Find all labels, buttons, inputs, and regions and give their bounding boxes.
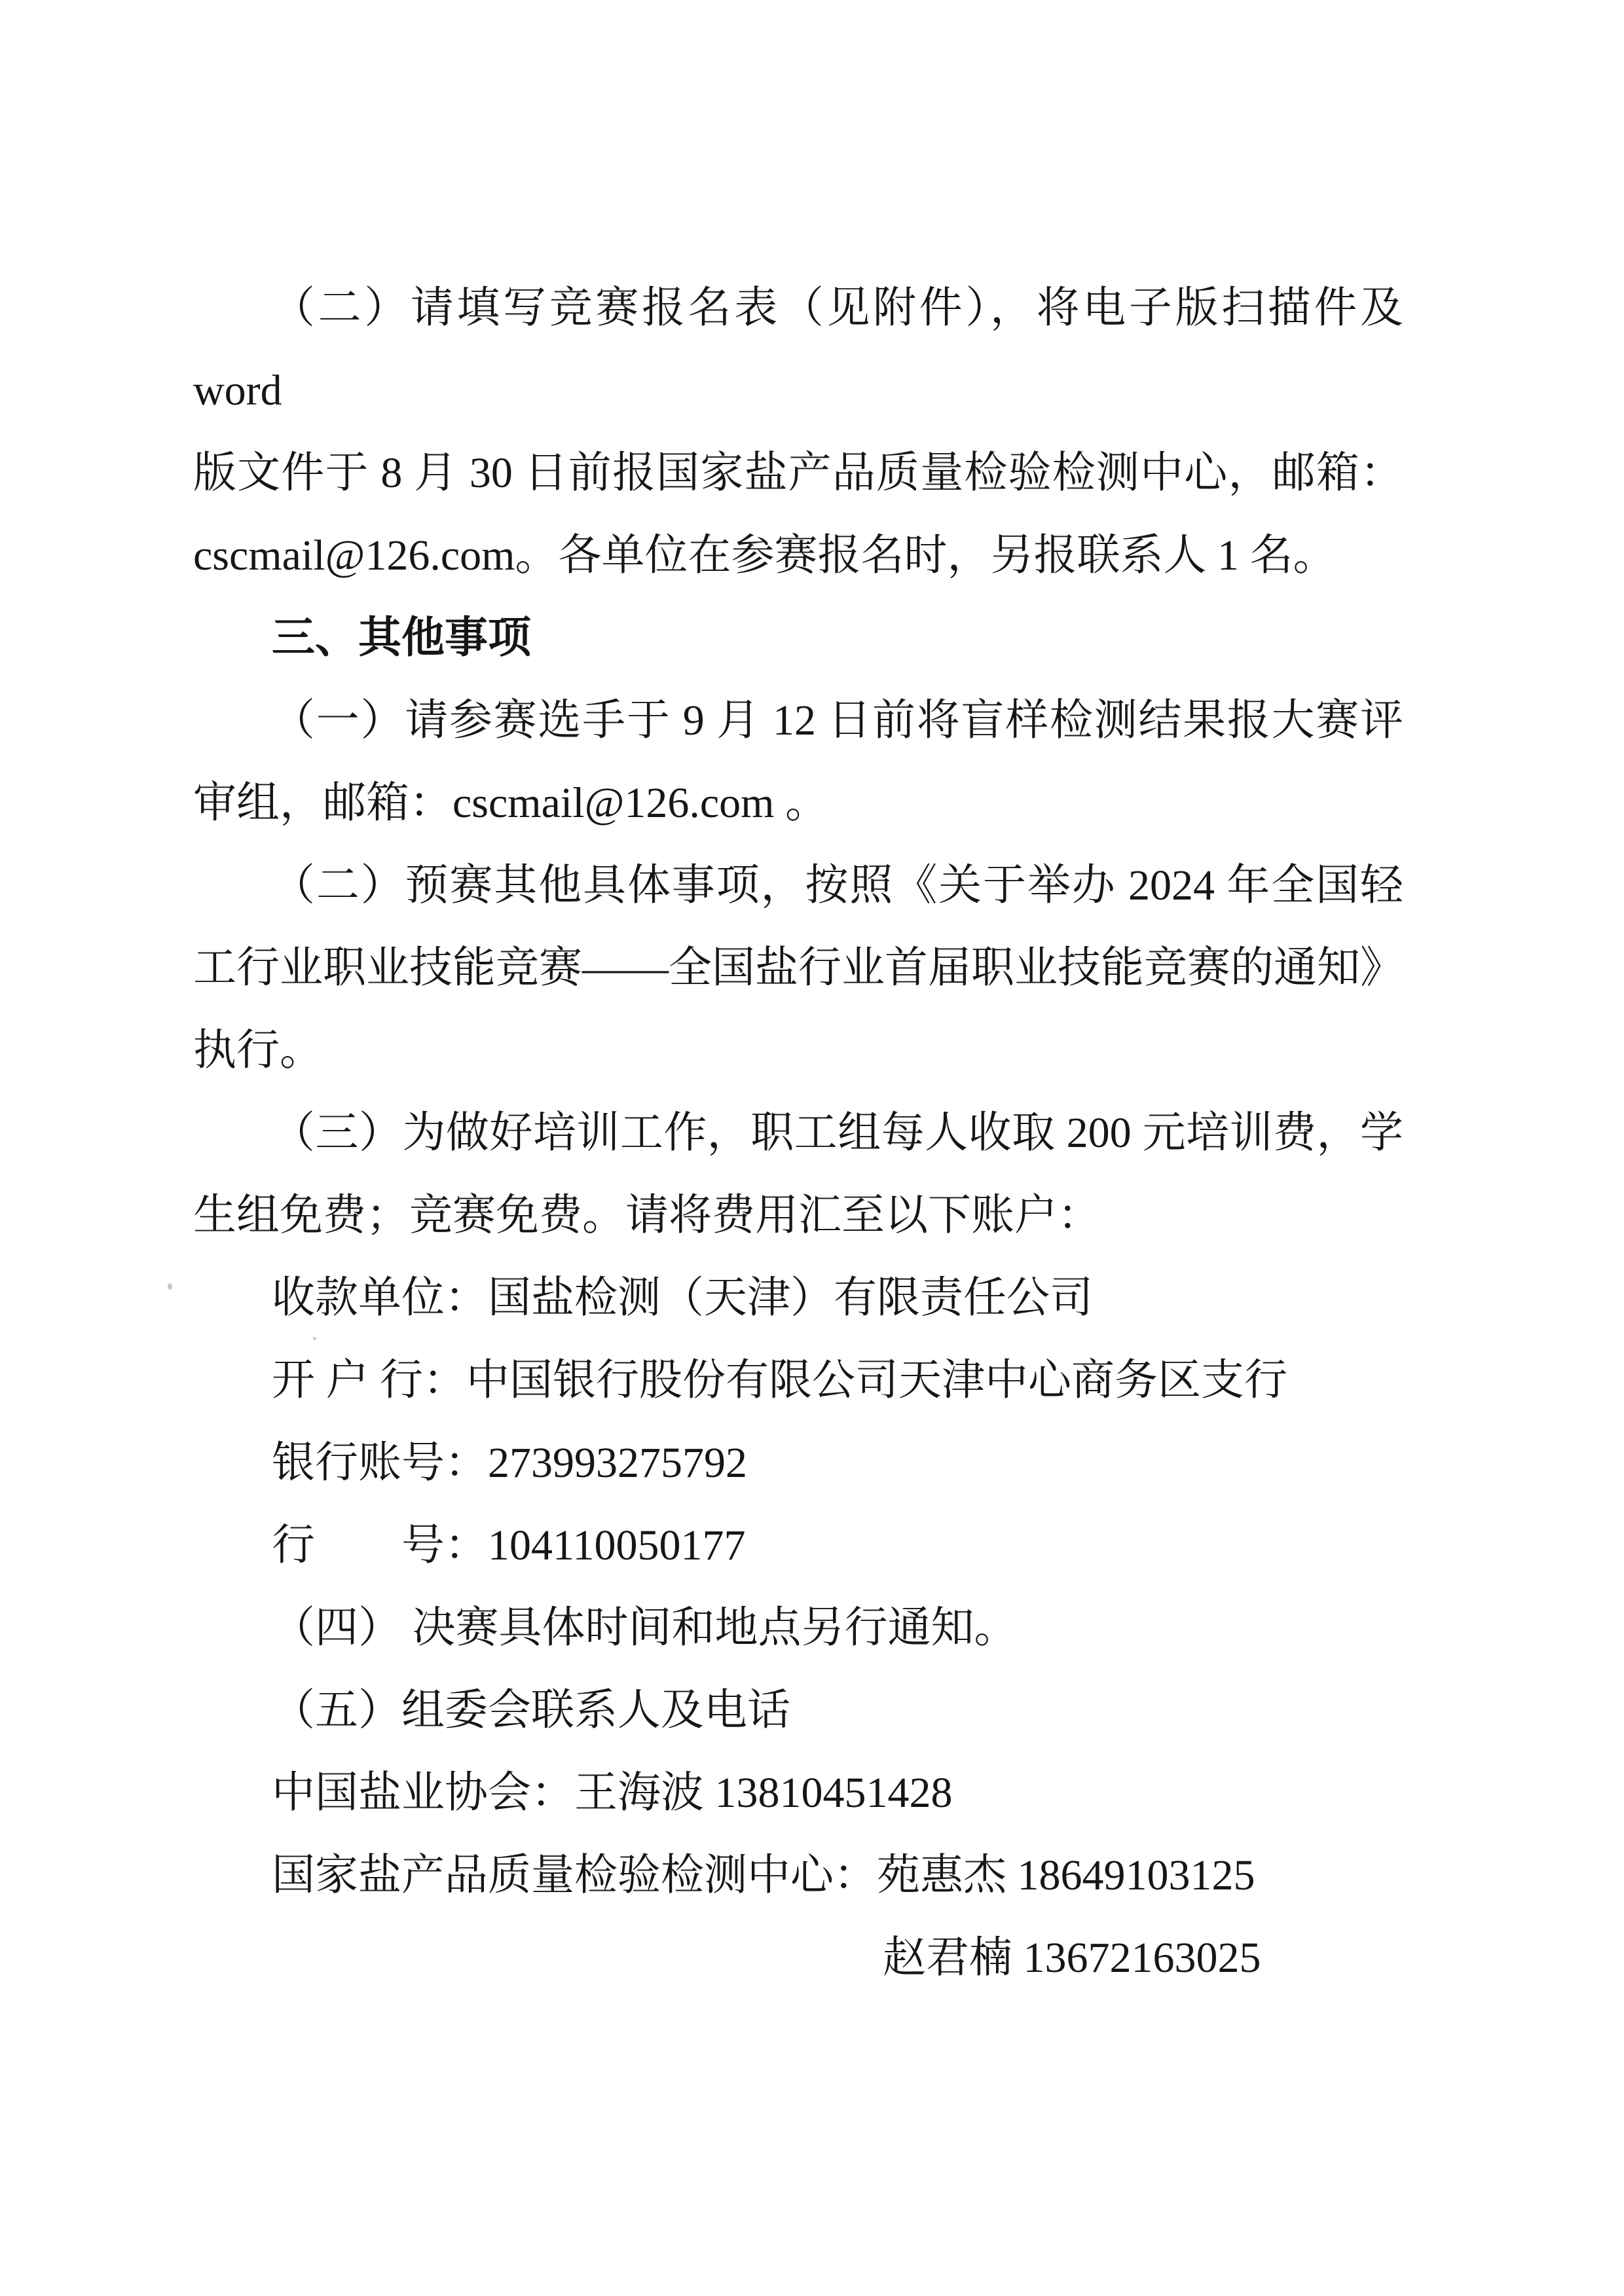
paragraph-line: 工行业职业技能竞赛——全国盐行业首届职业技能竞赛的通知》 <box>193 927 1403 1010</box>
section-heading: 三、其他事项 <box>193 597 1403 680</box>
bank-line: 开 户 行：中国银行股份有限公司天津中心商务区支行 <box>193 1339 1403 1422</box>
bank-branch-line: 行 号：104110050177 <box>193 1504 1403 1587</box>
paragraph-line: （二）预赛其他具体事项，按照《关于举办 2024 年全国轻 <box>193 845 1403 927</box>
paragraph-line: 生组免费；竞赛免费。请将费用汇至以下账户： <box>193 1175 1403 1257</box>
paragraph-line: （二）请填写竞赛报名表（见附件），将电子版扫描件及 word <box>193 267 1403 432</box>
paragraph-line: （五）组委会联系人及电话 <box>193 1669 1403 1752</box>
scan-speck <box>168 1283 172 1290</box>
paragraph-line: 执行。 <box>193 1010 1403 1092</box>
paragraph-line: （四） 决赛具体时间和地点另行通知。 <box>193 1587 1403 1669</box>
bank-account-line: 银行账号：273993275792 <box>193 1422 1403 1504</box>
document-body: （二）请填写竞赛报名表（见附件），将电子版扫描件及 word 版文件于 8 月 … <box>193 267 1403 1999</box>
contact-line: 赵君楠 13672163025 <box>883 1917 1403 1999</box>
contact-line: 国家盐产品质量检验检测中心：苑惠杰 18649103125 <box>193 1834 1403 1917</box>
scan-speck <box>313 1337 316 1340</box>
paragraph-line: （三）为做好培训工作，职工组每人收取 200 元培训费，学 <box>193 1092 1403 1175</box>
paragraph-line: 版文件于 8 月 30 日前报国家盐产品质量检验检测中心，邮箱： <box>193 432 1403 515</box>
payee-line: 收款单位：国盐检测（天津）有限责任公司 <box>193 1257 1403 1339</box>
paragraph-line: cscmail@126.com。各单位在参赛报名时，另报联系人 1 名。 <box>193 515 1403 597</box>
document-page: { "page": { "background": "#ffffff", "te… <box>0 0 1624 2296</box>
contact-line: 中国盐业协会：王海波 13810451428 <box>193 1752 1403 1834</box>
paragraph-line: 审组，邮箱：cscmail@126.com 。 <box>193 762 1403 845</box>
paragraph-line: （一）请参赛选手于 9 月 12 日前将盲样检测结果报大赛评 <box>193 680 1403 762</box>
